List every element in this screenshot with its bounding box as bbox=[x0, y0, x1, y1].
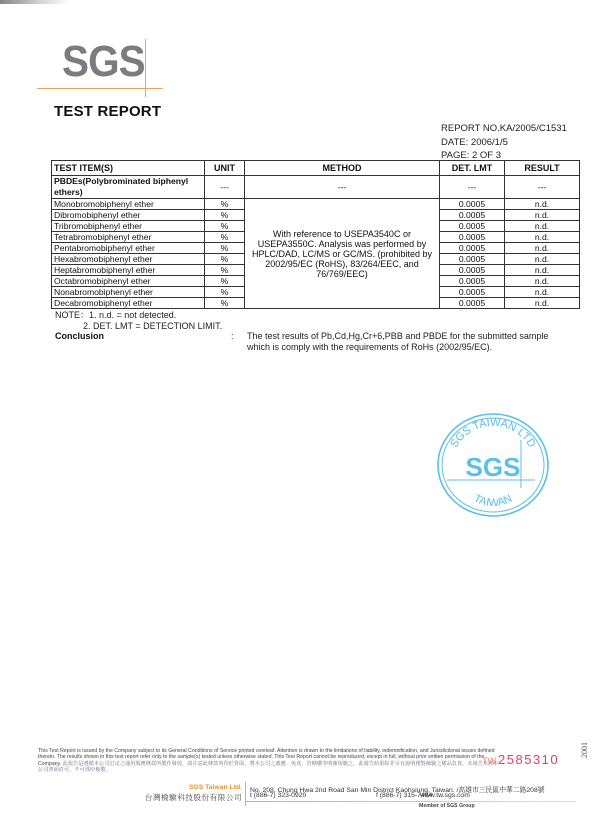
legal-disclaimer: This Test Report is issued by the Compan… bbox=[38, 748, 503, 774]
col-header-det-lmt: DET. LMT bbox=[440, 161, 505, 176]
table-row: Monobromobiphenyl ether%With reference t… bbox=[52, 199, 580, 210]
logo-rule-vertical bbox=[145, 39, 146, 97]
row-item: Dibromobiphenyl ether bbox=[52, 210, 205, 221]
results-table: TEST ITEM(S) UNIT METHOD DET. LMT RESULT… bbox=[51, 160, 580, 309]
row-det-lmt: 0.0005 bbox=[440, 287, 505, 298]
row-item: Hexabromobiphenyl ether bbox=[52, 254, 205, 265]
method-description: With reference to USEPA3540C or USEPA355… bbox=[245, 199, 440, 309]
row-det-lmt: 0.0005 bbox=[440, 243, 505, 254]
row-unit: % bbox=[205, 254, 245, 265]
group-unit: --- bbox=[205, 176, 245, 199]
row-unit: % bbox=[205, 298, 245, 309]
footer-divider bbox=[245, 782, 246, 806]
group-method: --- bbox=[245, 176, 440, 199]
row-item: Octabromobiphenyl ether bbox=[52, 276, 205, 287]
group-item: PBDEs(Polybrominated biphenyl ethers) bbox=[52, 176, 205, 199]
serial-digits: 2585310 bbox=[498, 752, 559, 767]
row-det-lmt: 0.0005 bbox=[440, 232, 505, 243]
row-unit: % bbox=[205, 276, 245, 287]
col-header-unit: UNIT bbox=[205, 161, 245, 176]
note-1: NOTE：1. n.d. = not detected. bbox=[55, 310, 222, 321]
row-item: Decabromobiphenyl ether bbox=[52, 298, 205, 309]
row-item: Tetrabromobiphenyl ether bbox=[52, 232, 205, 243]
footer-website-link[interactable]: www.tw.sgs.com bbox=[420, 792, 470, 799]
row-unit: % bbox=[205, 232, 245, 243]
svg-text:SGS TAIWAN LTD: SGS TAIWAN LTD bbox=[448, 417, 538, 450]
report-date: DATE: 2006/1/5 bbox=[441, 136, 567, 150]
col-header-result: RESULT bbox=[505, 161, 580, 176]
row-result: n.d. bbox=[505, 276, 580, 287]
footer-member-note: Member of SGS Group bbox=[419, 803, 475, 809]
col-header-method: METHOD bbox=[245, 161, 440, 176]
group-det-lmt: --- bbox=[440, 176, 505, 199]
row-result: n.d. bbox=[505, 232, 580, 243]
row-det-lmt: 0.0005 bbox=[440, 298, 505, 309]
group-result: --- bbox=[505, 176, 580, 199]
row-result: n.d. bbox=[505, 298, 580, 309]
row-det-lmt: 0.0005 bbox=[440, 254, 505, 265]
report-title: TEST REPORT bbox=[54, 103, 161, 120]
scan-artifact bbox=[0, 0, 70, 4]
conclusion-colon: : bbox=[231, 331, 234, 341]
notes: NOTE：1. n.d. = not detected. 2. DET. LMT… bbox=[55, 310, 222, 332]
row-unit: % bbox=[205, 243, 245, 254]
footer-company-name: SGS Taiwan Ltd. bbox=[150, 784, 242, 791]
row-det-lmt: 0.0005 bbox=[440, 265, 505, 276]
row-result: n.d. bbox=[505, 265, 580, 276]
row-unit: % bbox=[205, 221, 245, 232]
table-group-row: PBDEs(Polybrominated biphenyl ethers) --… bbox=[52, 176, 580, 199]
serial-number: TW2585310 bbox=[482, 752, 559, 767]
form-code-vertical: 2001 bbox=[580, 742, 589, 758]
serial-prefix: TW bbox=[482, 756, 496, 766]
sgs-logo: SGS bbox=[62, 40, 145, 84]
row-item: Heptabromobiphenyl ether bbox=[52, 265, 205, 276]
row-det-lmt: 0.0005 bbox=[440, 276, 505, 287]
footer-rule bbox=[245, 801, 575, 802]
conclusion-label: Conclusion bbox=[55, 331, 104, 341]
disclaimer-chinese: 此報告是遵循本公司訂定之通用服務條款所製作發放，請注意此條款列印於背面，將本公司… bbox=[38, 761, 498, 773]
row-item: Monobromobiphenyl ether bbox=[52, 199, 205, 210]
conclusion-text: The test results of Pb,Cd,Hg,Cr+6,PBB an… bbox=[247, 331, 567, 353]
row-det-lmt: 0.0005 bbox=[440, 210, 505, 221]
row-result: n.d. bbox=[505, 199, 580, 210]
row-det-lmt: 0.0005 bbox=[440, 221, 505, 232]
row-result: n.d. bbox=[505, 243, 580, 254]
row-unit: % bbox=[205, 210, 245, 221]
row-result: n.d. bbox=[505, 254, 580, 265]
report-meta: REPORT NO.KA/2005/C1531 DATE: 2006/1/5 P… bbox=[441, 122, 567, 163]
report-number: REPORT NO.KA/2005/C1531 bbox=[441, 122, 567, 136]
footer-company-name-chinese: 台灣檢驗科技股份有限公司 bbox=[84, 792, 242, 803]
row-result: n.d. bbox=[505, 221, 580, 232]
row-item: Tribromobiphenyl ether bbox=[52, 221, 205, 232]
footer-telephone: t (886-7) 323-0920 bbox=[250, 792, 306, 799]
row-unit: % bbox=[205, 199, 245, 210]
row-unit: % bbox=[205, 265, 245, 276]
row-result: n.d. bbox=[505, 287, 580, 298]
row-det-lmt: 0.0005 bbox=[440, 199, 505, 210]
company-stamp: SGS TAIWAN LTD SGS TAIWAN bbox=[433, 410, 553, 520]
stamp-seal-icon: SGS TAIWAN LTD SGS TAIWAN bbox=[433, 410, 553, 520]
svg-text:SGS: SGS bbox=[466, 452, 521, 482]
row-unit: % bbox=[205, 287, 245, 298]
row-item: Nonabromobiphenyl ether bbox=[52, 287, 205, 298]
svg-text:TAIWAN: TAIWAN bbox=[472, 492, 514, 509]
col-header-test-items: TEST ITEM(S) bbox=[52, 161, 205, 176]
row-item: Pentabromobiphenyl ether bbox=[52, 243, 205, 254]
row-result: n.d. bbox=[505, 210, 580, 221]
table-header-row: TEST ITEM(S) UNIT METHOD DET. LMT RESULT bbox=[52, 161, 580, 176]
